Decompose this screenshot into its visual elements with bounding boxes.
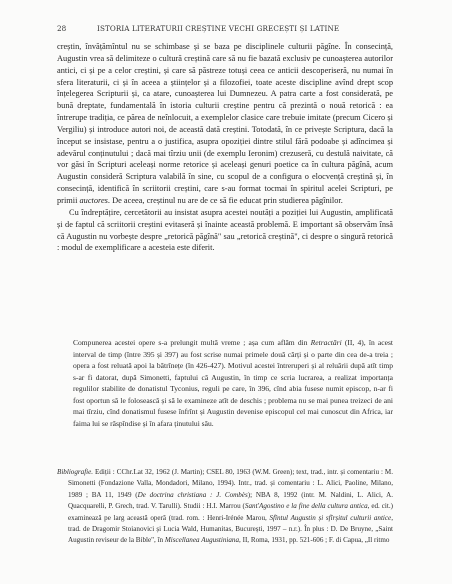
book-page: 28ISTORIA LITERATURII CREȘTINE VECHI GRE…	[0, 0, 452, 584]
paragraph: Cu îndreptățire, cercetătorii au insista…	[57, 207, 393, 254]
paragraph: creștin, învățămîntul nu se schimbase și…	[57, 41, 393, 207]
note-block: Compunerea acestei opere s-a prelungit m…	[73, 337, 393, 429]
running-header: 28ISTORIA LITERATURII CREȘTINE VECHI GRE…	[57, 24, 393, 33]
italic-term: auctores	[79, 196, 107, 205]
main-text: creștin, învățămîntul nu se schimbase și…	[57, 41, 393, 254]
italic-title: Retractări	[311, 338, 342, 347]
running-title: ISTORIA LITERATURII CREȘTINE VECHI GRECE…	[97, 24, 339, 33]
page-number: 28	[57, 24, 97, 33]
bibliography: Bibliografie. Ediții : CChr.Lat 32, 1962…	[57, 467, 393, 547]
bibliography-label: Bibliografie.	[57, 468, 93, 476]
